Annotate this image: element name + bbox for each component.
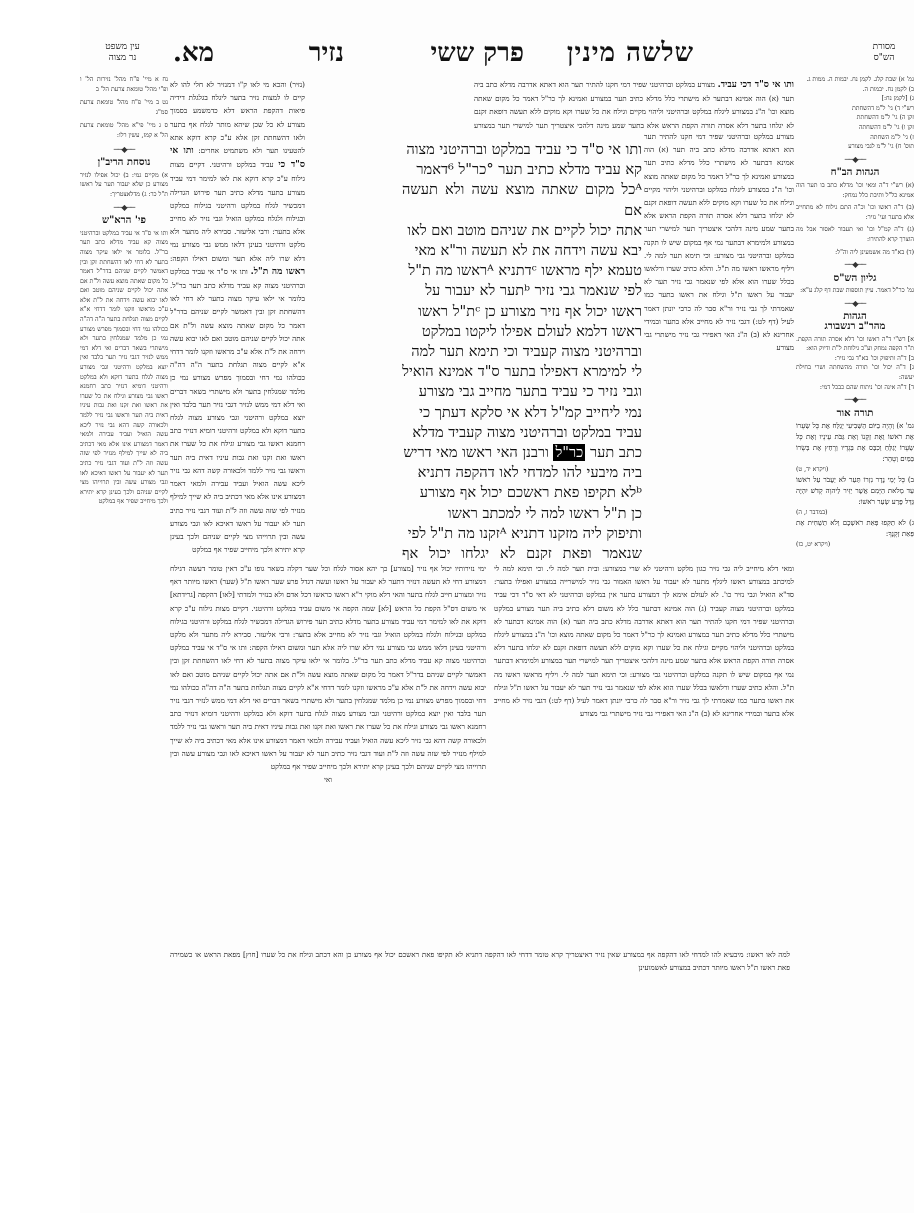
mesoret-entries: גמ' א) שבת קלג. לקמן נח. יבמות ה. ממות ג…	[796, 75, 914, 152]
hagahot-bach-title: הגהות הב"ח	[796, 168, 914, 178]
ein-mishpat-entry: ס ג מיי' פי"א מהל' טומאת צרעת הל' א קמז,…	[80, 121, 168, 140]
hagahot-maharab-title: הגהות מהר"ב רנשבורג	[796, 312, 914, 331]
ornament-divider: ──◆──	[80, 203, 168, 213]
rashi-tail: ואי	[170, 773, 486, 786]
ornament-divider: ──◆──	[796, 299, 914, 309]
mesoret-entry: ג) [לקמן נח:]	[796, 94, 914, 104]
gemara-line: כן ת"ל ראשו למה לי למכתב ראשו	[402, 504, 642, 524]
left-margin: נח א מיי' פ"ח מהל' נזירות הל' ו ופ"י מהל…	[80, 75, 168, 1075]
gemara-line: טעמא ילף מראשו ᶜדתניא ᴬראשו מה ת"ל	[402, 261, 642, 281]
hagahot-bach-entry: (ג) ד"ה קמ"ל וכו' ואי תעבור לאסור אבל מה…	[796, 225, 914, 244]
tosafot-text: מצורע במלקט וברהיטני שפיר דמי חקנו להתיר…	[494, 604, 794, 719]
gemara-line: נמי ליחייב קמ"ל דלא אי סלקא דעתך כי	[402, 403, 642, 423]
gemara-line: קא עביד מדלא כתיב תער °כר"ל ⁶דאמר	[402, 160, 642, 180]
hagahot-maharab-entry: ב] ד"ה ותיפוק וכו' בא"ד גבי נזיר:	[796, 354, 914, 364]
bottom-commentary-text: למה לאו ראשו: מיבעיא להו למדחי לאו דהקפה…	[170, 950, 790, 972]
tosafot-side-column: מצורע במלקט וברהיטני שפיר דמי חקנו להתיר…	[644, 130, 794, 560]
gemara-line: אתה יכול לקיים את שניהם מוטב ואם לאו	[402, 221, 642, 241]
gemara-line: לפי שנאמר גבי נזיר ᵇתער לא יעבור על	[402, 281, 642, 301]
rashi-dibur-hamatchil: ראשו מה ת"ל.	[251, 267, 305, 277]
hagahot-maharab-entry: ג] ד"ה יכול וכו' תורה מהשחתה ושרי בחילת …	[796, 363, 914, 382]
gemara-line: ראשו יכול אף נזיר מצורע כן ᶜת"ל ראשו	[402, 302, 642, 322]
pirush-harosh-title: פי' הרא"ש	[80, 216, 168, 226]
ornament-divider: ──◆──	[796, 260, 914, 270]
rashi-text: עביד במלקט ורהיטני. דקיים מצות גילוח ע"כ…	[170, 160, 305, 262]
chapter-title: שלשה מינין	[567, 38, 694, 68]
bottom-commentary: למה לאו ראשו: מיבעיא להו למדחי לאו דהקפה…	[170, 948, 790, 1008]
mesoret-entry: ב) לקמן נח. יבמות ה.	[796, 85, 914, 95]
rashi-text: ותו אי ס"ד אי עביד במלקט וברהיטני מצוה ק…	[170, 643, 486, 771]
mesoret-entry: ז) גי' ל"מ השחתה	[796, 133, 914, 143]
ornament-divider: ──◆──	[80, 145, 168, 155]
gemara-line: עביד במלקט וברהיטני מצוה קעביד מדלא	[402, 423, 642, 443]
ornament-divider: ──◆──	[796, 155, 914, 165]
gilyon-hashas-title: גליון הש"ס	[796, 274, 914, 284]
tosafot-dibur-hamatchil: ותו אי ס"ד דכי עביד.	[718, 80, 794, 90]
torah-or-title: תורה אור	[796, 409, 914, 419]
torah-or-verse: ב) כָּל יְמֵי נֶדֶר נִזְרוֹ תַּעַר לֹא י…	[796, 475, 914, 508]
gilyon-hashas-text: גמ' כר"ל דאמר. עיין תוספות שבת דף קלג ע"…	[796, 286, 914, 296]
tosafot-text: ומאי דלא מיחייב ליה גבי נזיר כגון מלקט ו…	[494, 564, 794, 613]
gemara-text-fragment: כתב תער	[585, 444, 642, 461]
gemara-line: יבא עשה וידחה את לא תעשה ור"א מאי	[402, 241, 642, 261]
ein-mishpat-entry: נח א מיי' פ"ח מהל' נזירות הל' ו ופ"י מהל…	[80, 75, 168, 94]
gemara-line: וגבי נזיר כי עביד בתער מחייב גבי מצורע	[402, 382, 642, 402]
torah-or-source: (ויקרא יט, כז)	[796, 540, 914, 550]
talmud-page: מסורת הש"ס שלשה מינין פרק ששי נזיר מא. ע…	[80, 0, 914, 1213]
daf-number: מא.	[173, 38, 214, 68]
right-margin: גמ' א) שבת קלג. לקמן נח. יבמות ה. ממות ג…	[796, 75, 914, 1075]
hagahot-bach-entry: (ב) ד"ה ראשו וכו' וכ"ה התם גילוח לא מתחי…	[796, 203, 914, 222]
nusach-harivan-text: א) מקיים גמי: ב) יכול אפילו לנזיר מצורע …	[80, 171, 168, 200]
rashi-text: (נזיר) והכא מי לאו ק"ו דמנזיר לא חלי להו…	[170, 80, 305, 155]
hagahot-bach-entry: (ד) בא"ד מה אשמעינן ליה וה"ל:	[796, 248, 914, 258]
rashi-column: (נזיר) והכא מי לאו ק"ו דמנזיר לא חלי להו…	[170, 78, 305, 558]
mesoret-entry: זקן ו) גי' ל"מ דהשחתה	[796, 123, 914, 133]
gemara-line: ביה מיבעי להו למדחי לאו דהקפה דתניא	[402, 463, 642, 483]
torah-or-verse: ג) לֹא תַקִּפוּ פְּאַת רֹאשְׁכֶם וְלֹא ת…	[796, 518, 914, 540]
gemara-line-with-selection: כתב תער כר"ל ורבנן האי ראשו מאי דריש	[402, 443, 642, 463]
gemara-line: ותיפוק ליה מזקנו דתניא ᴬזקנו מה ת"ל לפי	[402, 524, 642, 544]
gemara-line: וברהיטני מצוה קעביד וכי תימא תער למה	[402, 342, 642, 362]
hagahot-maharab-entry: א] רש"י ד"ה ראשו וכו' דלא אסרה תורה הקפת…	[796, 335, 914, 354]
gemara-line: ᵇלא תקיפו פאת ראשכם יכול אף מצורע	[402, 483, 642, 503]
gemara-line: לי למימרא דאפילו בתער ס"ד אמינא הואיל	[402, 362, 642, 382]
gemara-line: ᴬכל מקום שאתה מוצא עשה ולא תעשה אם	[402, 180, 642, 220]
nusach-harivan-title: נוסחת הריב"ן	[80, 158, 168, 168]
ein-mishpat-label: עין משפט נר מצוה	[80, 42, 165, 64]
perek-label: פרק ששי	[430, 38, 524, 68]
tosafot-column: ותו אי ס"ד דכי עביד. מצורע במלקט וברהיטנ…	[474, 78, 794, 130]
selected-text[interactable]: כר"ל	[553, 444, 585, 461]
mesoret-entry: זקן ה) גי' ל"מ דהשחתת	[796, 113, 914, 123]
hagahot-bach-entry: (א) רש"י ד"ה ומאי וכו' מדלא כתב בו תער ה…	[796, 181, 914, 200]
ornament-divider: ──◆──	[796, 395, 914, 405]
torah-or-source: (במדבר ו, ה)	[796, 508, 914, 518]
pirush-harosh-text: ותו אי ס"ד אי עביד במלקט וברהיטני מצוה ק…	[80, 229, 168, 507]
ein-mishpat-entry: נט ב מיי' פ"ח מהל' טומאת צרעת סמ"ג	[80, 98, 168, 117]
gemara-line: ראשו דלמא לעולם אפילו ליקטו במלקט	[402, 322, 642, 342]
gemara-text-fragment: ורבנן האי ראשו מאי דריש	[403, 444, 553, 461]
tractate-name: נזיר	[309, 38, 344, 68]
gemara-line: ותו אי ס"ד כי עביד במלקט וברהיטני מצוה	[402, 140, 642, 160]
mesoret-hashas-label: מסורת הש"ס	[854, 42, 914, 64]
torah-or-source: (ויקרא יד, ט)	[796, 465, 914, 475]
gemara-text: ותו אי ס"ד כי עביד במלקט וברהיטני מצוה ק…	[402, 140, 642, 560]
gemara-line: שנאמר ופאת זקנם לא יגלחו יכול אף מצורע	[402, 544, 642, 560]
mesoret-entry: רש"י ד) גי' ל"מ דהשחתת	[796, 104, 914, 114]
tosafot-lower: ומאי דלא מיחייב ליה גבי נזיר כגון מלקט ו…	[494, 562, 794, 947]
rashi-lower: ימי נזירותיו יכול אף נזיר [מצורע] כך יהא…	[170, 562, 486, 947]
page-header: מסורת הש"ס שלשה מינין פרק ששי נזיר מא. ע…	[80, 38, 914, 74]
tosafot-text-continued: מצורע במלקט וברהיטני שפיר דמי חקנו להתיר…	[644, 132, 794, 352]
torah-or-verse: גמ' א) וְהָיָה בַיּוֹם הַשְּׁבִיעִי יְגַ…	[796, 421, 914, 465]
mesoret-entry: תוס' ח) גי' ל"מ לגבי מצורע	[796, 142, 914, 152]
mesoret-entry: גמ' א) שבת קלג. לקמן נח. יבמות ה. ממות ג…	[796, 75, 914, 85]
rashi-text-filler: ותו אי ס"ד אי עביד במלקט וברהיטני מצוה ק…	[170, 267, 305, 554]
hagahot-maharab-entry: ד] ד"ה אינה וכו' ניתוח שהם כבכל דמי:	[796, 383, 914, 393]
